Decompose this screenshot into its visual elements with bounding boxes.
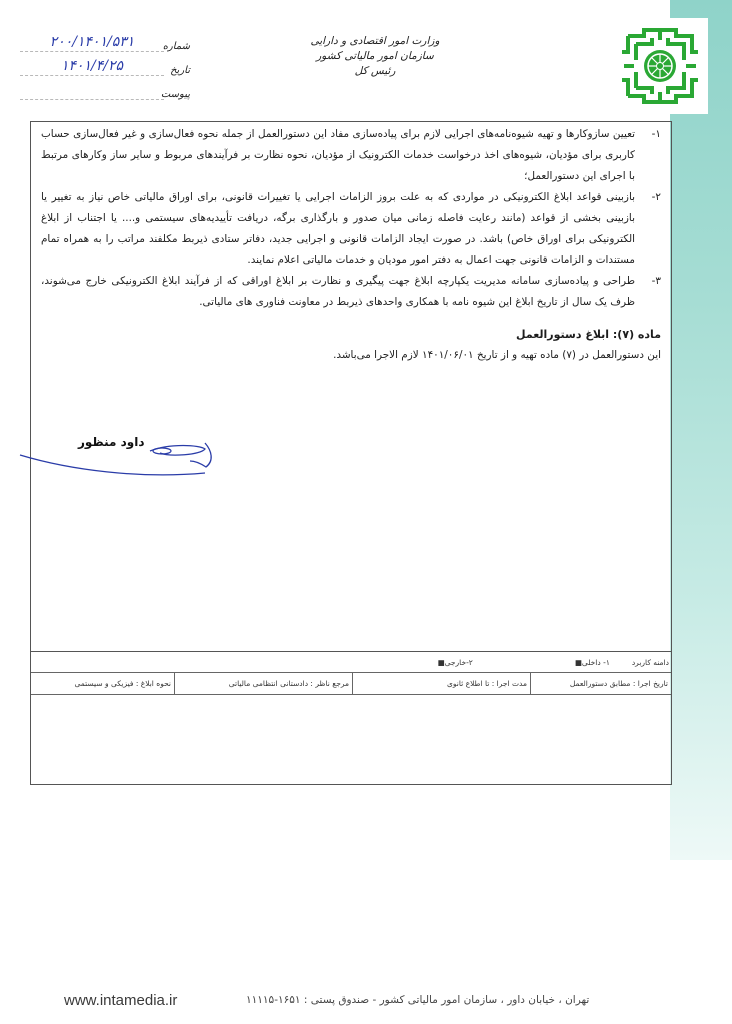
scope-row: دامنه کاربرد ۱- داخلی■ ۲-خارجی■ <box>31 653 671 672</box>
item-text: تعیین سازوکارها و تهیه شیوه‌نامه‌های اجر… <box>41 124 635 187</box>
scope-option-internal: ۱- داخلی■ <box>575 658 610 667</box>
intamedia-emblem-icon <box>622 26 698 106</box>
organization-line: سازمان امور مالیاتی کشور <box>300 49 450 64</box>
ministry-header: وزارت امور اقتصادی و دارایی سازمان امور … <box>300 34 450 79</box>
scope-option-external: ۲-خارجی■ <box>438 658 473 667</box>
date-label: تاریخ <box>164 65 190 76</box>
cell-execution-date: تاریخ اجرا : مطابق دستورالعمل <box>531 673 671 694</box>
cell-notification-method: نحوه ابلاغ : فیزیکی و سیستمی <box>31 673 175 694</box>
page-footer: www.intamedia.ir تهران ، خیابان داور ، س… <box>0 992 732 1012</box>
list-item: ۱- تعیین سازوکارها و تهیه شیوه‌نامه‌های … <box>41 124 661 187</box>
ministry-line: وزارت امور اقتصادی و دارایی <box>300 34 450 49</box>
letter-attachment-row: پیوست <box>20 76 190 100</box>
letterhead-logo <box>612 18 708 114</box>
signature-block: داود منظور <box>0 415 260 495</box>
article-text: این دستورالعمل در (۷) ماده تهیه و از تار… <box>41 345 661 366</box>
number-value: ۲۰۰/۱۴۰۱/۵۳۱ <box>20 33 164 52</box>
number-label: شماره <box>164 41 190 52</box>
item-number: ۳- <box>635 271 661 313</box>
item-text: طراحی و پیاده‌سازی سامانه مدیریت یکپارچه… <box>41 271 635 313</box>
scope-label: دامنه کاربرد <box>632 658 669 667</box>
handwritten-signature-icon <box>0 415 260 495</box>
title-line: رئیس کل <box>300 64 450 79</box>
attachment-value <box>20 85 164 100</box>
list-item: ۲- بازبینی قواعد ابلاغ الکترونیکی در موا… <box>41 187 661 271</box>
date-value: ۱۴۰۱/۴/۲۵ <box>20 57 164 76</box>
section-divider <box>31 651 671 652</box>
item-text: بازبینی قواعد ابلاغ الکترونیکی در مواردی… <box>41 187 635 271</box>
letter-number-row: شماره ۲۰۰/۱۴۰۱/۵۳۱ <box>20 28 190 52</box>
cell-execution-period: مدت اجرا : تا اطلاع ثانوی <box>353 673 531 694</box>
item-number: ۱- <box>635 124 661 187</box>
letter-meta: شماره ۲۰۰/۱۴۰۱/۵۳۱ تاریخ ۱۴۰۱/۴/۲۵ پیوست <box>20 28 190 100</box>
footer-website-link[interactable]: www.intamedia.ir <box>64 992 177 1009</box>
decorative-teal-band <box>670 0 732 860</box>
attachment-label: پیوست <box>164 89 190 100</box>
article-heading: ماده (۷): ابلاغ دستورالعمل <box>41 324 661 345</box>
document-content: ۱- تعیین سازوکارها و تهیه شیوه‌نامه‌های … <box>41 124 661 366</box>
list-item: ۳- طراحی و پیاده‌سازی سامانه مدیریت یکپا… <box>41 271 661 313</box>
letter-date-row: تاریخ ۱۴۰۱/۴/۲۵ <box>20 52 190 76</box>
info-cells-row: تاریخ اجرا : مطابق دستورالعمل مدت اجرا :… <box>31 672 671 695</box>
footer-address: تهران ، خیابان داور ، سازمان امور مالیات… <box>246 994 589 1006</box>
item-number: ۲- <box>635 187 661 271</box>
cell-supervising-authority: مرجع ناظر : دادستانی انتظامی مالیاتی <box>175 673 353 694</box>
